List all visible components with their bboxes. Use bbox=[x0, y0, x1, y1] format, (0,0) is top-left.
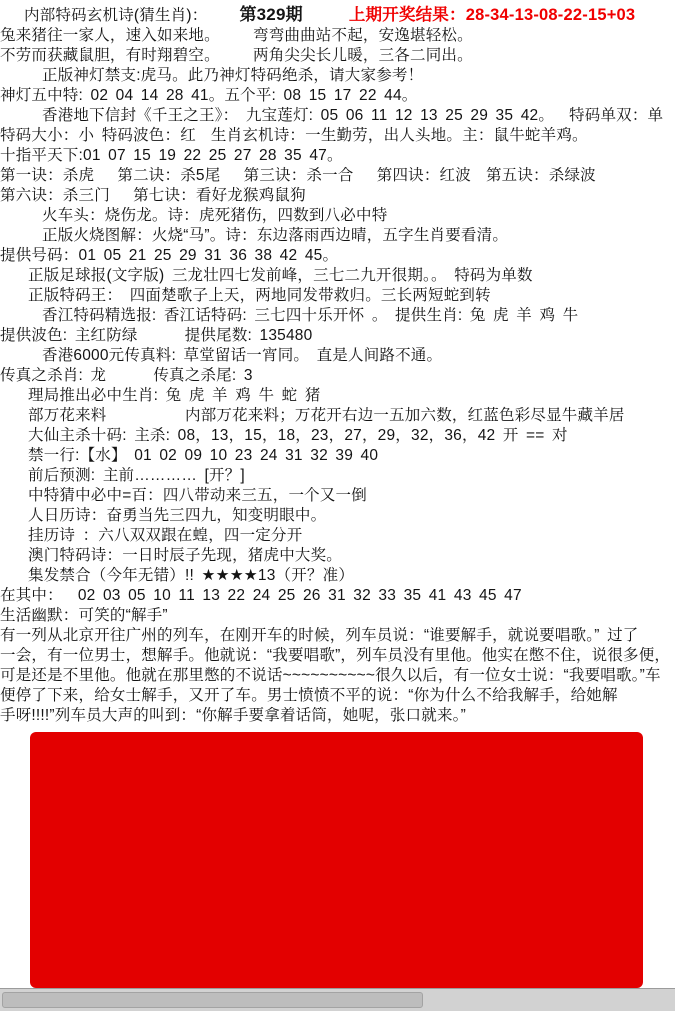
red-banner bbox=[30, 732, 643, 988]
text-line: 正版神灯禁支:虎马。此乃神灯特码绝杀，请大家参考！ bbox=[0, 66, 675, 86]
text-line: 正版特码王： 四面楚歌子上天，两地同发带救归。三长两短蛇到转 bbox=[0, 286, 675, 306]
text-line: 禁一行:【水】 01 02 09 10 23 24 31 32 39 40 bbox=[0, 446, 675, 466]
text-line: 第六诀：杀三门 第七诀：看好龙猴鸡鼠狗 bbox=[0, 186, 675, 206]
scrollbar-thumb[interactable] bbox=[2, 992, 423, 1008]
poem-line: 两角尖尖长儿暖，三各二同出。 bbox=[253, 46, 473, 66]
text-line: 香江特码精选报: 香江话特码: 三七四十乐开怀 。 提供生肖: 兔 虎 羊 鸡 … bbox=[0, 306, 675, 326]
text-line: 十指平天下:01 07 15 19 22 25 27 28 35 47。 bbox=[0, 146, 675, 166]
text-line: 理局推出必中生肖: 兔 虎 羊 鸡 牛 蛇 猪 bbox=[0, 386, 675, 406]
poem-row: 不劳而获藏鼠胆，有时翔碧空。 两角尖尖长儿暖，三各二同出。 bbox=[0, 46, 675, 66]
text-line: 传真之杀肖: 龙 传真之杀尾: 3 bbox=[0, 366, 675, 386]
text-line: 中特猜中必中=百：四八带动来三五，一个又一倒 bbox=[0, 486, 675, 506]
text-line: 神灯五中特: 02 04 14 28 41。五个平: 08 15 17 22 4… bbox=[0, 86, 675, 106]
text-line: 第一诀：杀虎 第二诀：杀5尾 第三诀：杀一合 第四诀：红波 第五诀：杀绿波 bbox=[0, 166, 675, 186]
issue-number: 第329期 bbox=[239, 5, 302, 25]
text-line: 大仙主杀十码: 主杀: 08，13，15，18，23，27，29，32，36，4… bbox=[0, 426, 675, 446]
poem-line: 弯弯曲曲站不起，安逸堪轻松。 bbox=[253, 26, 473, 46]
joke-line: 便停了下来，给女士解手，又开了车。男士愤愤不平的说：“你为什么不给我解手，给她解 bbox=[0, 686, 675, 706]
joke-line: 有一列从北京开往广州的列车，在刚开车的时候，列车员说：“谁要解手，就说要唱歌。”… bbox=[0, 626, 675, 646]
joke-line: 手呀!!!!”列车员大声的叫到：“你解手要拿着话筒，她呢，张口就来。” bbox=[0, 706, 675, 726]
text-line: 香港6000元传真料: 草堂留话一宵同。 直是人间路不通。 bbox=[0, 346, 675, 366]
poem-line: 不劳而获藏鼠胆，有时翔碧空。 bbox=[0, 46, 253, 66]
text-line: 香港地下信封《千王之王》： 九宝莲灯: 05 06 11 12 13 25 29… bbox=[0, 106, 675, 126]
text-line: 集发禁合（今年无错）!! ★★★★13（开？准） bbox=[0, 566, 675, 586]
horizontal-scrollbar[interactable] bbox=[0, 988, 675, 1011]
page-content: 内部特码玄机诗(猜生肖)： 第329期 上期开奖结果：28-34-13-08-2… bbox=[0, 0, 675, 988]
text-line: 提供号码：01 05 21 25 29 31 36 38 42 45。 bbox=[0, 246, 675, 266]
text-line: 人日历诗：奋勇当先三四九，知变明眼中。 bbox=[0, 506, 675, 526]
text-line: 火车头：烧伤龙。诗：虎死猪伤，四数到八必中特 bbox=[0, 206, 675, 226]
joke-line: 可是还是不里他。他就在那里憋的不说话~~~~~~~~~~很久以后，有一位女士说：… bbox=[0, 666, 675, 686]
joke-line: 一会，有一位男士，想解手。他就说：“我要唱歌”，列车员没有里他。他实在憋不住，说… bbox=[0, 646, 675, 666]
text-line: 在其中： 02 03 05 10 11 13 22 24 25 26 31 32… bbox=[0, 586, 675, 606]
text-line: 部万花来料 内部万花来料；万花开右边一五加六数，红蓝色彩尽显牛藏羊居 bbox=[0, 406, 675, 426]
header-row: 内部特码玄机诗(猜生肖)： 第329期 上期开奖结果：28-34-13-08-2… bbox=[0, 5, 675, 26]
text-line: 澳门特码诗：一日时辰子先现，猪虎中大奖。 bbox=[0, 546, 675, 566]
joke-title: 生活幽默：可笑的“解手” bbox=[0, 606, 675, 626]
text-line: 正版火烧图解：火烧“马”。诗：东边落雨西边晴，五字生肖要看清。 bbox=[0, 226, 675, 246]
text-line: 挂历诗 ：六八双双跟在蝗，四一定分开 bbox=[0, 526, 675, 546]
text-line: 提供波色: 主红防绿 提供尾数: 135480 bbox=[0, 326, 675, 346]
text-line: 前后预测: 主前………… [开？] bbox=[0, 466, 675, 486]
page-title: 内部特码玄机诗(猜生肖)： bbox=[24, 6, 207, 26]
last-draw-result: 上期开奖结果：28-34-13-08-22-15+03 bbox=[349, 5, 635, 25]
text-line: 特码大小：小 特码波色：红 生肖玄机诗：一生勤劳，出人头地。主：鼠牛蛇羊鸡。 bbox=[0, 126, 675, 146]
poem-line: 兔来猪往一家人，速入如来地。 bbox=[0, 26, 253, 46]
poem-row: 兔来猪往一家人，速入如来地。 弯弯曲曲站不起，安逸堪轻松。 bbox=[0, 26, 675, 46]
text-line: 正版足球报(文字版) 三龙壮四七发前峰，三七二九开很期。。 特码为单数 bbox=[0, 266, 675, 286]
